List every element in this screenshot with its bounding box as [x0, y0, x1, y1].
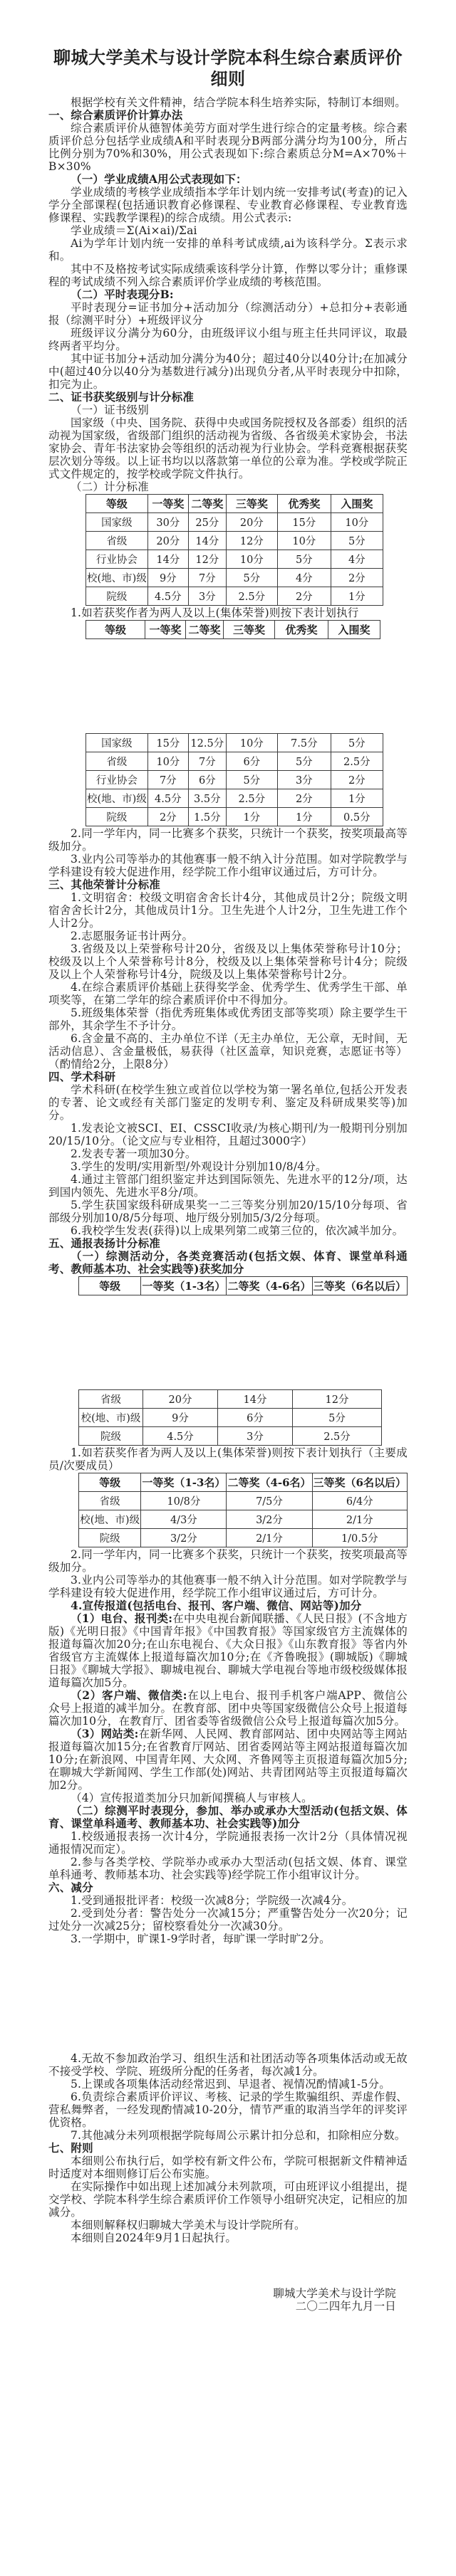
paragraph: 1.文明宿舍：校级文明宿舍舍长计4分，其他成员计2分；院级文明宿舍舍长计2分，其…	[48, 891, 408, 930]
table-cell: 6分	[226, 752, 277, 771]
paragraph: 学业成绩的考核学业成绩指本学年计划内统一安排考试(考查)的记入学分全部课程(包括…	[48, 186, 408, 224]
paragraph: Ai为学年计划内统一安排的单科考试成绩,ai为该科学分。Σ表示求和。	[48, 237, 408, 263]
table-cell: 校(地、市)级	[86, 789, 148, 808]
table-row: 校(地、市)级9分7分5分4分2分	[86, 569, 383, 587]
table-cell: 4/3分	[141, 1510, 227, 1529]
paragraph: 4.在综合素质评价基础上获得奖学金、优秀学生、优秀学生干部、单项奖等，在第二学年…	[48, 981, 408, 1006]
table-cell: 5分	[277, 550, 331, 569]
table-cell: 25分	[188, 513, 226, 532]
paragraph: （1）电台、报刊类:在中央电视台新闻联播、《人民日报》(不含地方版)《光明日报》…	[48, 1612, 408, 1689]
table-header-cell: 三等奖（6名以后）	[312, 1277, 407, 1295]
table-header-row: 等级一等奖二等奖三等奖优秀奖入围奖	[86, 495, 383, 513]
paragraph: 2.发表专著一项加30分。	[48, 1147, 408, 1160]
paragraph: 6.含金量不高的、主办单位不详（无主办单位，无公章，无时间，无活动信息）、含金量…	[48, 1032, 408, 1071]
paragraph-lead: （2）客户端、微信类:	[71, 1688, 187, 1702]
table-cell: 5分	[277, 752, 331, 771]
signature-line: 二〇二四年九月一日	[48, 2300, 408, 2313]
table-cell: 0.5分	[331, 808, 383, 826]
table-row: 院级4.5分3分2.5分	[79, 1427, 382, 1446]
paragraph: 本细则公布执行后，如学校有新文件公布，学院可根据新文件精神适时适度对本细则修订后…	[48, 2155, 408, 2180]
section-heading: 四、学术科研	[48, 1071, 408, 1083]
page-break-gap	[48, 640, 408, 732]
paragraph: 其中不及格按考试实际成绩乘该科学分计算，作弊以零分计；重修课程的考试成绩不列入综…	[48, 263, 408, 288]
table-cell: 1.5分	[188, 808, 226, 826]
table-cell: 2分	[331, 569, 383, 587]
table-cell: 12分	[226, 532, 277, 550]
table-cell: 省级	[86, 532, 148, 550]
table-header-cell: 三等奖	[226, 495, 277, 513]
paragraph: 5.上课或各项集体活动经常迟到、早退者、视情况酌情减1-5分。	[48, 2078, 408, 2091]
table-cell: 3.5分	[188, 789, 226, 808]
score-table: 等级一等奖二等奖三等奖优秀奖入围奖	[85, 620, 380, 639]
section-heading: 六、减分	[48, 1881, 408, 1894]
table-header-cell: 入围奖	[328, 621, 380, 639]
table-cell: 7.5分	[277, 734, 331, 752]
table-row: 校(地、市)级4.5分3.5分2.5分2分1分	[86, 789, 383, 808]
paragraph: 3.学生的发明/实用新型/外观设计分别加10/8/4分。	[48, 1160, 408, 1173]
paragraph: 平时表现分=证书加分+活动加分（综测活动分）+总扣分+表彰通报（综测平时分）+班…	[48, 301, 408, 327]
table-header-cell: 优秀奖	[275, 621, 328, 639]
table-cell: 2分	[277, 789, 331, 808]
table-cell: 10/8分	[141, 1492, 227, 1510]
table-cell: 1分	[226, 808, 277, 826]
table-cell: 12.5分	[188, 734, 226, 752]
table-header-cell: 二等奖	[186, 621, 224, 639]
score-table: 等级一等奖二等奖三等奖优秀奖入围奖国家级30分25分20分15分10分省级20分…	[85, 494, 383, 606]
table-cell: 5分	[226, 569, 277, 587]
table-cell: 1分	[331, 587, 383, 606]
paragraph: 1.校级通报表扬一次计4分，学院通报表扬一次计2分（具体情况视通报情况而定）。	[48, 1830, 408, 1856]
paragraph: 2.同一学年内，同一比赛多个获奖，只统计一个获奖，按奖项最高等级加分。	[48, 827, 408, 853]
table-cell: 1分	[277, 808, 331, 826]
paragraph: 本细则自2024年9月1日起执行。	[48, 2231, 408, 2244]
table-cell: 3/2分	[227, 1510, 312, 1529]
table-cell: 15分	[147, 734, 188, 752]
section-heading: 二、证书获奖级别与计分标准	[48, 391, 408, 404]
table-cell: 15分	[277, 513, 331, 532]
page-break-gap	[48, 2244, 408, 2287]
document-body: 根据学校有关文件精神，结合学院本科生培养实际，特制订本细则。一、综合素质评价计算…	[48, 96, 408, 2313]
table-cell: 省级	[86, 752, 148, 771]
table-row: 院级2分1.5分1分1分0.5分	[86, 808, 383, 826]
table-cell: 3分	[277, 771, 331, 789]
score-table: 等级一等奖（1-3名）二等奖（4-6名）三等奖（6名以后）省级10/8分7/5分…	[78, 1473, 408, 1547]
table-cell: 6/4分	[312, 1492, 407, 1510]
paragraph: 班级评议分满分为60分，由班级评议小组与班主任共同评议，取最终两者平均分。	[48, 327, 408, 352]
paragraph: 2.志愿服务证书计两分。	[48, 930, 408, 942]
document-page: 聊城大学美术与设计学院本科生综合素质评价细则 根据学校有关文件精神，结合学院本科…	[0, 0, 456, 2313]
table-cell: 2.5分	[293, 1427, 382, 1446]
sub-heading: （二）综测平时表现分，参加、举办或承办大型活动(包括文娱、体育、课堂单科通考、教…	[48, 1804, 408, 1830]
signature-line: 聊城大学美术与设计学院	[48, 2287, 408, 2300]
paragraph: 4.通过主管部门组织鉴定并达到国际领先、先进水平的12分/项，达到国内领先、先进…	[48, 1173, 408, 1199]
table-cell: 20分	[226, 513, 277, 532]
table-cell: 校(地、市)级	[79, 1510, 141, 1529]
table-cell: 4.5分	[147, 789, 188, 808]
table-header-cell: 等级	[79, 1473, 141, 1492]
table-row: 省级20分14分12分10分5分	[86, 532, 383, 550]
page-break-gap	[48, 1945, 408, 2052]
paragraph: 3.业内公司等举办的其他赛事一般不纳入计分范围。如对学院教学与学科建设有较大促进…	[48, 1574, 408, 1599]
section-heading: 一、综合素质评价计算办法	[48, 109, 408, 122]
sub-heading: （一）综测活动分，各类竞赛活动(包括文娱、体育、课堂单科通考、教师基本功、社会实…	[48, 1250, 408, 1276]
table-cell: 国家级	[86, 513, 148, 532]
table-cell: 5分	[293, 1409, 382, 1427]
table-cell: 4.5分	[147, 587, 188, 606]
paragraph: （二）计分标准	[48, 480, 408, 493]
paragraph: 在实际操作中如出现上述加减分未列款项，可由班评议小组提出，提交学校、学院本科学生…	[48, 2180, 408, 2219]
table-cell: 2/1分	[227, 1529, 312, 1547]
table-header-cell: 二等奖	[188, 495, 226, 513]
table-row: 省级10/8分7/5分6/4分	[79, 1492, 408, 1510]
table-cell: 2/1分	[312, 1510, 407, 1529]
table-cell: 5分	[331, 532, 383, 550]
paragraph: 国家级（中央、国务院、获得中央或国务院授权及各部委）组织的活动视为国家级，省级部…	[48, 416, 408, 480]
table-cell: 12分	[188, 550, 226, 569]
table-cell: 12分	[293, 1390, 382, 1409]
table-cell: 30分	[147, 513, 188, 532]
table-header-cell: 三等奖（6名以后）	[312, 1473, 407, 1492]
score-table: 国家级15分12.5分10分7.5分5分省级10分7分6分5分2.5分行业协会7…	[85, 733, 383, 826]
table-row: 校(地、市)级9分6分5分	[79, 1409, 382, 1427]
paragraph: 4.无故不参加政治学习、组织生活和社团活动等各项集体活动或无故不接受学校、学院、…	[48, 2052, 408, 2078]
table-cell: 14分	[147, 550, 188, 569]
score-table: 省级20分14分12分校(地、市)级9分6分5分院级4.5分3分2.5分	[78, 1389, 382, 1446]
sub-heading: （二）平时表现分B:	[48, 288, 408, 301]
table-cell: 院级	[79, 1427, 143, 1446]
paragraph: 学业成绩＝Σ(Ai×ai)/Σai	[48, 224, 408, 237]
paragraph: （2）客户端、微信类:在以上电台、报刊手机客户端APP、微信公众号上报道的减半加…	[48, 1689, 408, 1728]
sub-heading: 4.宣传报道(包括电台、报刊、客户端、微信、网站等)加分	[48, 1599, 408, 1612]
table-cell: 2分	[147, 808, 188, 826]
paragraph: 1.发表论文被SCI、EI、CSSCI收录/为核心期刊/为一般期刊分别加20/1…	[48, 1122, 408, 1147]
table-header-cell: 等级	[86, 621, 145, 639]
paragraph: 5.学生获国家级科研成果奖一二三等奖分别加20/15/10分每项、省部级分别加1…	[48, 1199, 408, 1224]
table-cell: 院级	[86, 587, 148, 606]
table-cell: 校(地、市)级	[86, 569, 148, 587]
table-row: 省级10分7分6分5分2.5分	[86, 752, 383, 771]
paragraph: 7.其他减分未列项根据学院每周公示累计扣分总和，扣除相应分数。	[48, 2129, 408, 2142]
table-cell: 20分	[147, 532, 188, 550]
paragraph: 综合素质评价从德智体美劳方面对学生进行综合的定量考核。综合素质评价总分包括学业成…	[48, 122, 408, 173]
table-cell: 10分	[331, 513, 383, 532]
table-cell: 省级	[79, 1390, 143, 1409]
table-cell: 3/2分	[141, 1529, 227, 1547]
table-cell: 7分	[188, 569, 226, 587]
table-cell: 4分	[331, 550, 383, 569]
table-header-cell: 一等奖	[145, 621, 186, 639]
table-cell: 院级	[79, 1529, 141, 1547]
table-cell: 省级	[79, 1492, 141, 1510]
table-cell: 9分	[143, 1409, 218, 1427]
table-cell: 2.5分	[226, 789, 277, 808]
paragraph: 6.我校学生发表(获得)以上成果列第二或第三位的，依次减半加分。	[48, 1224, 408, 1237]
table-header-cell: 二等奖（4-6名）	[227, 1277, 312, 1295]
table-cell: 2分	[277, 587, 331, 606]
table-cell: 行业协会	[86, 550, 148, 569]
table-row: 行业协会7分6分5分3分2分	[86, 771, 383, 789]
table-cell: 4.5分	[143, 1427, 218, 1446]
table-cell: 4分	[277, 569, 331, 587]
table-cell: 2.5分	[331, 752, 383, 771]
page-title: 聊城大学美术与设计学院本科生综合素质评价细则	[48, 47, 408, 90]
table-cell: 14分	[188, 532, 226, 550]
table-cell: 5分	[226, 771, 277, 789]
table-cell: 5分	[331, 734, 383, 752]
paragraph: 6.负责综合素质评价评议、考核、记录的学生欺骗组织、弄虚作假、营私舞弊者，一经发…	[48, 2091, 408, 2129]
paragraph: 1.受到通报批评者：校级一次减8分；学院级一次减4分。	[48, 1894, 408, 1907]
page-break-gap	[48, 1296, 408, 1389]
table-header-cell: 一等奖	[147, 495, 188, 513]
paragraph: 2.参与各类学校、学院举办或承办大型活动(包括文娱、体育、课堂单科通考、教师基本…	[48, 1856, 408, 1881]
paragraph: 根据学校有关文件精神，结合学院本科生培养实际，特制订本细则。	[48, 96, 408, 109]
table-cell: 2.5分	[226, 587, 277, 606]
paragraph: 1.如若获奖作者为两人及以上(集体荣誉)则按下表计划执行（主要成员/次要成员）	[48, 1446, 408, 1472]
paragraph: 3.省级及以上荣誉称号计20分，省级及以上集体荣誉称号计10分；校级及以上个人荣…	[48, 942, 408, 981]
table-row: 行业协会14分12分10分5分4分	[86, 550, 383, 569]
paragraph-lead: （3）网站类:	[71, 1727, 139, 1740]
table-row: 院级3/2分2/1分1/0.5分	[79, 1529, 408, 1547]
table-cell: 7分	[188, 752, 226, 771]
paragraph-lead: （1）电台、报刊类:	[71, 1612, 172, 1625]
sub-heading: （一）学业成绩A用公式表现如下：	[48, 173, 408, 186]
table-cell: 3分	[188, 587, 226, 606]
table-header-cell: 二等奖（4-6名）	[227, 1473, 312, 1492]
section-heading: 三、其他荣誉计分标准	[48, 878, 408, 891]
table-cell: 20分	[143, 1390, 218, 1409]
paragraph: 2.受到处分者：警告处分一次减15分；严重警告处分一次20分；记过处分一次减25…	[48, 1907, 408, 1933]
table-cell: 7/5分	[227, 1492, 312, 1510]
table-cell: 2分	[331, 771, 383, 789]
table-header-cell: 入围奖	[331, 495, 383, 513]
table-header-cell: 等级	[86, 495, 148, 513]
table-cell: 6分	[218, 1409, 293, 1427]
table-cell: 行业协会	[86, 771, 148, 789]
paragraph: 3.一学期中，旷课1-9学时者，每旷课一学时旷2分。	[48, 1933, 408, 1945]
paragraph: （4）宣传报道类加分只加新闻撰稿人与审核人。	[48, 1792, 408, 1804]
score-table: 等级一等奖（1-3名）二等奖（4-6名）三等奖（6名以后）	[78, 1276, 408, 1295]
paragraph: 学术科研(在校学生独立或首位以学校为第一署名单位,包括公开发表的专著、论文或经有…	[48, 1083, 408, 1122]
table-row: 省级20分14分12分	[79, 1390, 382, 1409]
table-cell: 9分	[147, 569, 188, 587]
table-row: 国家级30分25分20分15分10分	[86, 513, 383, 532]
paragraph: 5.班级集体荣誉（指优秀班集体或优秀团支部等奖项）除主要学生干部外，其余学生不予…	[48, 1006, 408, 1032]
table-cell: 院级	[86, 808, 148, 826]
paragraph: 3.业内公司等举办的其他赛事一般不纳入计分范围。如对学院教学与学科建设有较大促进…	[48, 853, 408, 878]
table-header-cell: 一等奖（1-3名）	[141, 1277, 227, 1295]
section-heading: 五、通报表扬计分标准	[48, 1237, 408, 1250]
table-row: 国家级15分12.5分10分7.5分5分	[86, 734, 383, 752]
table-cell: 14分	[218, 1390, 293, 1409]
table-cell: 7分	[147, 771, 188, 789]
table-header-row: 等级一等奖（1-3名）二等奖（4-6名）三等奖（6名以后）	[79, 1277, 408, 1295]
table-row: 校(地、市)级4/3分3/2分2/1分	[79, 1510, 408, 1529]
table-cell: 6分	[188, 771, 226, 789]
table-cell: 国家级	[86, 734, 148, 752]
table-cell: 校(地、市)级	[79, 1409, 143, 1427]
table-header-cell: 优秀奖	[277, 495, 331, 513]
table-cell: 10分	[226, 734, 277, 752]
section-heading: 七、附则	[48, 2142, 408, 2155]
table-header-row: 等级一等奖二等奖三等奖优秀奖入围奖	[86, 621, 380, 639]
table-header-cell: 一等奖（1-3名）	[141, 1473, 227, 1492]
table-header-row: 等级一等奖（1-3名）二等奖（4-6名）三等奖（6名以后）	[79, 1473, 408, 1492]
table-cell: 10分	[226, 550, 277, 569]
table-header-cell: 三等奖	[224, 621, 275, 639]
table-cell: 1分	[331, 789, 383, 808]
paragraph: 2.同一学年内，同一比赛多个获奖，只统计一个获奖，按奖项最高等级加分。	[48, 1548, 408, 1574]
paragraph: （3）网站类:在新华网、人民网、教育部网站、团中央网站等主网站报道每篇次加15分…	[48, 1728, 408, 1792]
table-cell: 10分	[277, 532, 331, 550]
table-cell: 1/0.5分	[312, 1529, 407, 1547]
table-header-cell: 等级	[79, 1277, 141, 1295]
table-cell: 10分	[147, 752, 188, 771]
table-cell: 3分	[218, 1427, 293, 1446]
table-row: 院级4.5分3分2.5分2分1分	[86, 587, 383, 606]
paragraph: 1.如若获奖作者为两人及以上(集体荣誉)则按下表计划执行	[48, 606, 408, 619]
paragraph: （一）证书级别	[48, 404, 408, 416]
paragraph: 其中证书加分+活动加分满分为40分；超过40分以40分计;在加减分中(超过40分…	[48, 352, 408, 391]
paragraph: 本细则解释权归聊城大学美术与设计学院所有。	[48, 2219, 408, 2231]
